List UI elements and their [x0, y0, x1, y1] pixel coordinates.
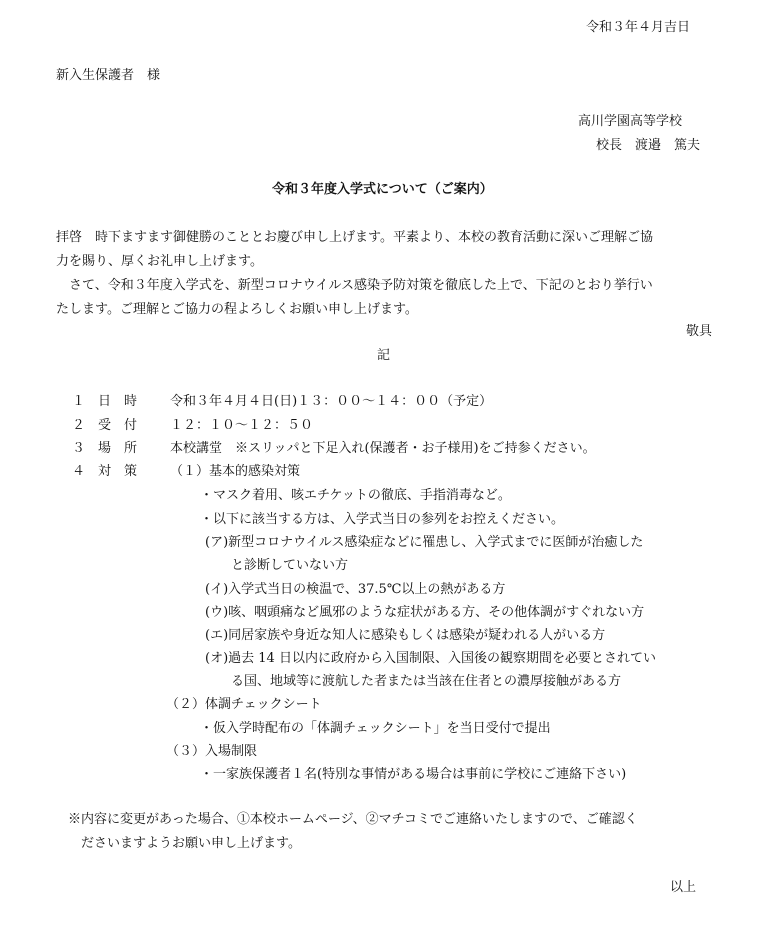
item-label: 対 策 [98, 464, 137, 480]
item-number: １ [72, 394, 85, 410]
recipient: 新入生保護者 様 [56, 68, 160, 84]
school-name: 高川学園高等学校 [578, 114, 682, 130]
condition-line: と診断していない方 [205, 558, 348, 574]
item-number: ２ [72, 418, 85, 434]
principal-name: 校長 渡邉 篤夫 [596, 138, 700, 154]
condition-line: (オ)過去 14 日以内に政府から入国制限、入国後の観察期間を必要とされてい [205, 651, 656, 667]
condition-line: (エ)同居家族や身近な知人に感染もしくは感染が疑われる人がいる方 [205, 628, 605, 644]
item-label: 受 付 [98, 418, 137, 434]
item-label: 日 時 [98, 394, 137, 410]
item-value: 本校講堂 ※スリッパと下足入れ(保護者・お子様用)をご持参ください。 [170, 441, 596, 457]
condition-line: る国、地域等に渡航した者または当該在住者との濃厚接触がある方 [205, 674, 621, 690]
measure-subheading: （３）入場制限 [166, 744, 257, 760]
item-number: ３ [72, 441, 85, 457]
body-paragraph-1-line-2: 力を賜り、厚くお礼申し上げます。 [56, 254, 263, 270]
measure-bullet: ・一家族保護者１名(特別な事情がある場合は事前に学校にご連絡下さい) [200, 767, 626, 783]
item-value: 令和３年４月４日(日)１３：００～１４：００（予定） [170, 394, 492, 410]
body-paragraph-2-line-1: さて、令和３年度入学式を、新型コロナウイルス感染予防対策を徹底した上で、下記のと… [56, 278, 653, 294]
item-number: ４ [72, 464, 85, 480]
condition-line: (イ)入学式当日の検温で、37.5℃以上の熱がある方 [205, 582, 505, 598]
measure-bullet: ・以下に該当する方は、入学式当日の参列をお控えください。 [200, 512, 564, 528]
measure-bullet: ・マスク着用、咳エチケットの徹底、手指消毒など。 [200, 488, 511, 504]
document-title: 令和３年度入学式について（ご案内） [272, 182, 493, 198]
measure-bullet: ・仮入学時配布の「体調チェックシート」を当日受付で提出 [200, 721, 551, 737]
condition-line: (ウ)咳、咽頭痛など風邪のような症状がある方、その他体調がすぐれない方 [205, 605, 644, 621]
change-note-line-1: ※内容に変更があった場合、①本校ホームページ、②マチコミでご連絡いたしますので、… [68, 812, 638, 828]
item-value: （１）基本的感染対策 [170, 464, 300, 480]
item-value: １２：１０～１２：５０ [170, 418, 313, 434]
item-label: 場 所 [98, 441, 137, 457]
change-note-line-2: ださいますようお願い申し上げます。 [68, 836, 301, 852]
closing-keigu: 敬具 [686, 324, 712, 340]
body-paragraph-1-line-1: 拝啓 時下ますます御健勝のこととお慶び申し上げます。平素より、本校の教育活動に深… [56, 230, 653, 246]
measure-subheading: （２）体調チェックシート [166, 697, 322, 713]
ki-heading: 記 [377, 348, 390, 364]
issue-date: 令和３年４月吉日 [586, 20, 690, 36]
body-paragraph-2-line-2: たします。ご理解とご協力の程よろしくお願い申し上げます。 [56, 302, 418, 318]
condition-line: (ア)新型コロナウイルス感染症などに罹患し、入学式までに医師が治癒した [205, 535, 643, 551]
closing-ijou: 以上 [670, 880, 696, 896]
